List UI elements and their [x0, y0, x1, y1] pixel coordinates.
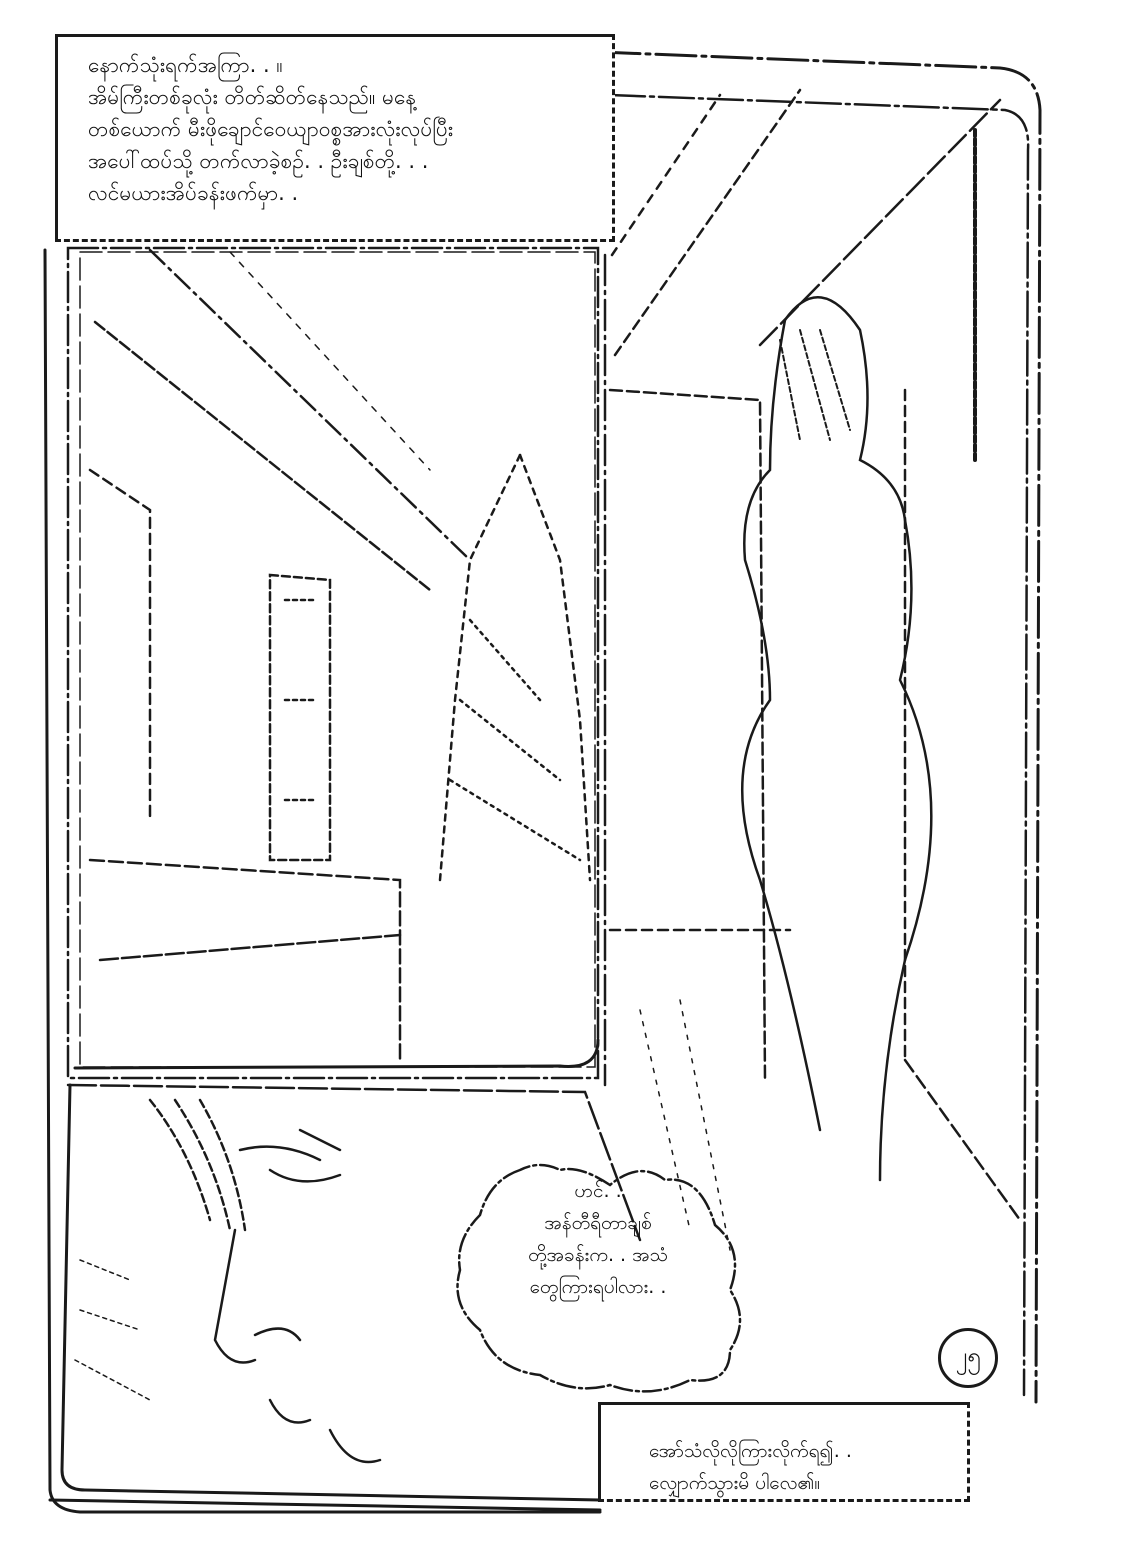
comic-page: နောက်သုံးရက်အကြာ. . ။ အိမ်ကြီးတစ်ခုလုံး … — [0, 0, 1140, 1562]
panel-hallway-window — [68, 248, 598, 1078]
caption-line: အော်သံလိုလိုကြားလိုက်ရ၍. . — [649, 1435, 967, 1467]
page-number: ၂၅ — [938, 1328, 998, 1388]
caption-line: အိမ်ကြီးတစ်ခုလုံး တိတ်ဆိတ်နေသည်။ မနေ့ — [88, 81, 612, 113]
caption-line: အပေါ်ထပ်သို့ တက်လာခဲ့စဉ်. . ဦးချစ်တို့. … — [88, 145, 612, 177]
bubble-line: တို့အခန်းက. . အသံ — [468, 1239, 728, 1271]
caption-line: လျှောက်သွားမိ ပါလေ၏။ — [649, 1467, 967, 1499]
bubble-line: ဟင်. . — [468, 1175, 728, 1207]
caption-box-bottom: အော်သံလိုလိုကြားလိုက်ရ၍. . လျှောက်သွားမိ… — [598, 1402, 970, 1502]
bubble-line: အန်တီရီတာချစ် — [468, 1207, 728, 1239]
caption-line: လင်မယားအိပ်ခန်းဖက်မှာ. . — [88, 177, 612, 209]
bubble-line: တွေကြားရပါလား. . — [468, 1271, 728, 1303]
caption-line: နောက်သုံးရက်အကြာ. . ။ — [88, 49, 612, 81]
thought-bubble: ဟင်. . အန်တီရီတာချစ် တို့အခန်းက. . အသံ တ… — [468, 1175, 728, 1303]
caption-box-top: နောက်သုံးရက်အကြာ. . ။ အိမ်ကြီးတစ်ခုလုံး … — [55, 34, 615, 242]
caption-line: တစ်ယောက် မီးဖိုချောင်ဝေယျာဝစ္စအားလုံးလုပ… — [88, 113, 612, 145]
